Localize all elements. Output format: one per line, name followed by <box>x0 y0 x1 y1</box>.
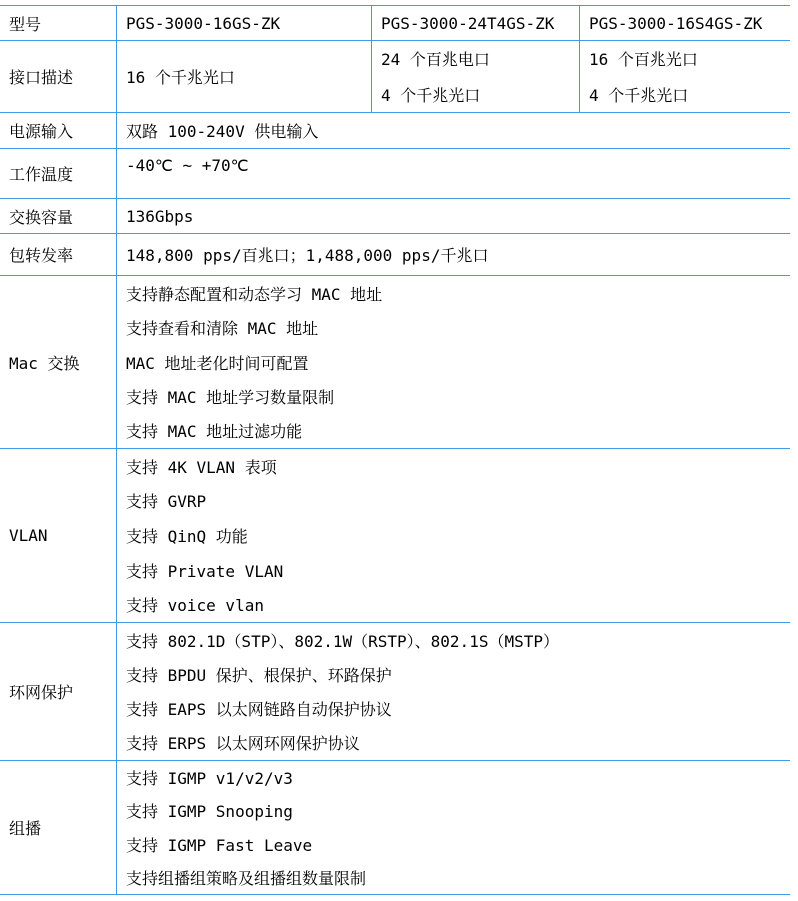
spec-line: 支持静态配置和动态学习 MAC 地址 <box>117 276 790 310</box>
table-row-power: 电源输入 双路 100-240V 供电输入 <box>0 113 790 149</box>
row-label-model: 型号 <box>0 6 117 40</box>
label-text: 组播 <box>9 816 41 839</box>
spec-line: 136Gbps <box>126 207 193 226</box>
table-row-forwarding-rate: 包转发率 148,800 pps/百兆口；1,488,000 pps/千兆口 <box>0 234 790 276</box>
spec-line: 支持 IGMP Fast Leave <box>117 828 790 861</box>
forwarding-rate-value: 148,800 pps/百兆口；1,488,000 pps/千兆口 <box>117 234 790 275</box>
spec-line: 支持 MAC 地址学习数量限制 <box>117 379 790 413</box>
spec-line: 支持 4K VLAN 表项 <box>117 449 790 484</box>
spec-line: -40℃ ~ +70℃ <box>126 156 249 175</box>
vlan-values: 支持 4K VLAN 表项 支持 GVRP 支持 QinQ 功能 支持 Priv… <box>117 449 790 622</box>
spec-line: 16 个千兆光口 <box>117 41 371 112</box>
table-row-temperature: 工作温度 -40℃ ~ +70℃ <box>0 149 790 199</box>
table-row-ring-protection: 环网保护 支持 802.1D（STP）、802.1W（RSTP）、802.1S（… <box>0 623 790 761</box>
interface-cell-1: 16 个千兆光口 <box>117 41 372 112</box>
row-label-multicast: 组播 <box>0 761 117 894</box>
label-text: VLAN <box>9 526 48 545</box>
spec-line: 支持 BPDU 保护、根保护、环路保护 <box>117 657 790 691</box>
temperature-value: -40℃ ~ +70℃ <box>117 149 790 198</box>
model-name: PGS-3000-24T4GS-ZK <box>381 14 554 33</box>
label-text: 电源输入 <box>9 119 73 142</box>
spec-line: 支持 GVRP <box>117 484 790 519</box>
row-label-vlan: VLAN <box>0 449 117 622</box>
label-text: Mac 交换 <box>9 351 80 374</box>
spec-line: 148,800 pps/百兆口；1,488,000 pps/千兆口 <box>126 243 488 266</box>
table-row-vlan: VLAN 支持 4K VLAN 表项 支持 GVRP 支持 QinQ 功能 支持… <box>0 449 790 623</box>
mac-switching-values: 支持静态配置和动态学习 MAC 地址 支持查看和清除 MAC 地址 MAC 地址… <box>117 276 790 448</box>
table-row-mac-switching: Mac 交换 支持静态配置和动态学习 MAC 地址 支持查看和清除 MAC 地址… <box>0 276 790 449</box>
label-text: 交换容量 <box>9 205 73 228</box>
spec-line: 支持 IGMP Snooping <box>117 794 790 827</box>
label-text: 接口描述 <box>9 65 73 88</box>
spec-line: 支持查看和清除 MAC 地址 <box>117 310 790 344</box>
spec-line: 支持 EAPS 以太网链路自动保护协议 <box>117 692 790 726</box>
row-label-capacity: 交换容量 <box>0 199 117 233</box>
multicast-values: 支持 IGMP v1/v2/v3 支持 IGMP Snooping 支持 IGM… <box>117 761 790 894</box>
label-text: 环网保护 <box>9 680 73 703</box>
spec-line: 支持 Private VLAN <box>117 553 790 588</box>
spec-line: 支持 IGMP v1/v2/v3 <box>117 761 790 794</box>
row-label-mac-switching: Mac 交换 <box>0 276 117 448</box>
row-label-temperature: 工作温度 <box>0 149 117 198</box>
spec-line: 24 个百兆电口 <box>372 41 579 77</box>
power-value: 双路 100-240V 供电输入 <box>117 113 790 148</box>
label-text: 包转发率 <box>9 243 73 266</box>
spec-line: 双路 100-240V 供电输入 <box>126 119 318 142</box>
spec-line: 4 个千兆光口 <box>372 77 579 113</box>
spec-line: 支持 ERPS 以太网环网保护协议 <box>117 726 790 760</box>
interface-cell-3: 16 个百兆光口 4 个千兆光口 <box>580 41 790 112</box>
ring-protection-values: 支持 802.1D（STP）、802.1W（RSTP）、802.1S（MSTP）… <box>117 623 790 760</box>
spec-line: 支持 voice vlan <box>117 587 790 622</box>
row-label-ring-protection: 环网保护 <box>0 623 117 760</box>
spec-line: 支持 QinQ 功能 <box>117 518 790 553</box>
table-row-interface: 接口描述 16 个千兆光口 24 个百兆电口 4 个千兆光口 16 个百兆光口 … <box>0 41 790 113</box>
model-cell-2: PGS-3000-24T4GS-ZK <box>372 6 580 40</box>
spec-line: MAC 地址老化时间可配置 <box>117 345 790 379</box>
model-name: PGS-3000-16GS-ZK <box>126 14 280 33</box>
model-name: PGS-3000-16S4GS-ZK <box>589 14 762 33</box>
spec-line: 支持组播组策略及组播组数量限制 <box>117 861 790 894</box>
spec-table: 型号 PGS-3000-16GS-ZK PGS-3000-24T4GS-ZK P… <box>0 5 790 895</box>
table-row-multicast: 组播 支持 IGMP v1/v2/v3 支持 IGMP Snooping 支持 … <box>0 761 790 895</box>
table-row-capacity: 交换容量 136Gbps <box>0 199 790 234</box>
label-text: 型号 <box>9 12 41 35</box>
spec-line: 支持 MAC 地址过滤功能 <box>117 414 790 448</box>
row-label-interface: 接口描述 <box>0 41 117 112</box>
datasheet-page: 型号 PGS-3000-16GS-ZK PGS-3000-24T4GS-ZK P… <box>0 0 798 901</box>
row-label-forwarding-rate: 包转发率 <box>0 234 117 275</box>
capacity-value: 136Gbps <box>117 199 790 233</box>
interface-cell-2: 24 个百兆电口 4 个千兆光口 <box>372 41 580 112</box>
model-cell-3: PGS-3000-16S4GS-ZK <box>580 6 790 40</box>
table-row-model: 型号 PGS-3000-16GS-ZK PGS-3000-24T4GS-ZK P… <box>0 6 790 41</box>
model-cell-1: PGS-3000-16GS-ZK <box>117 6 372 40</box>
row-label-power: 电源输入 <box>0 113 117 148</box>
spec-line: 支持 802.1D（STP）、802.1W（RSTP）、802.1S（MSTP） <box>117 623 790 657</box>
label-text: 工作温度 <box>9 162 73 185</box>
spec-line: 4 个千兆光口 <box>580 77 790 113</box>
spec-line: 16 个百兆光口 <box>580 41 790 77</box>
